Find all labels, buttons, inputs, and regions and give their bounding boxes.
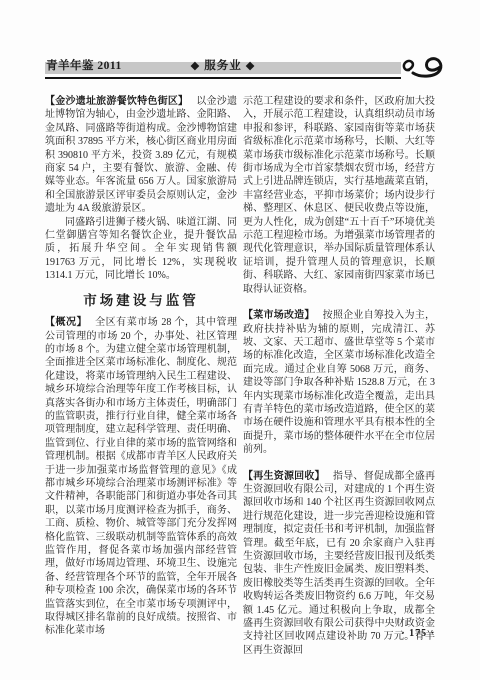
- paragraph-overview: 【概况】全区有菜市场 28 个，其中管理公司管理的市场 20 个，办事处、社区管…: [45, 316, 237, 638]
- entry-head-overview: 【概况】: [45, 317, 87, 328]
- paragraph-market-renovation: 【菜市场改造】按照企业自筹投入为主，政府扶持补贴为辅的原则，完成清江、苏坡、文家…: [243, 309, 435, 456]
- entry-body-renovation: 按照企业自筹投入为主，政府扶持补贴为辅的原则，完成清江、苏坡、文家、天工超市、盛…: [243, 310, 435, 455]
- swirl-flourish-icon: [402, 47, 446, 79]
- right-column: 示范工程建设的要求和条件，区政府加大投入，开展示范工程建设，认真组织动员市场申报…: [243, 95, 435, 657]
- entry-head-jinsha: 【金沙遗址旅游餐饮特色街区】: [45, 96, 188, 107]
- entry-head-recycling: 【再生资源回收】: [243, 471, 325, 482]
- left-column: 【金沙遗址旅游餐饮特色街区】以金沙遗址博物馆为轴心，由金沙遗址路、金阳路、金凤路…: [45, 95, 237, 638]
- section-heading: 市场建设与监管: [45, 294, 237, 307]
- yearbook-page: 青羊年鉴 2011 ◆ 服务业 ◆ 【金沙遗址旅游餐饮特色街区】以金沙遗址博物馆…: [0, 0, 480, 680]
- header-rule: [45, 77, 401, 79]
- entry-body-jinsha: 以金沙遗址博物馆为轴心，由金沙遗址路、金阳路、金凤路、同盛路等街道构成。金沙博物…: [45, 96, 237, 214]
- entry-body-overview: 全区有菜市场 28 个，其中管理公司管理的市场 20 个，办事处、社区管理的市场…: [45, 317, 237, 636]
- page-number: · 175 ·: [345, 628, 435, 639]
- paragraph-tongsheng-road: 同盛路引进狮子楼火锅、味道江湖、同仁堂御膳宫等知名餐饮企业，提升餐饮品质，拓展升…: [45, 216, 237, 283]
- header-section-label: ◆ 服务业 ◆: [45, 59, 401, 74]
- entry-head-renovation: 【菜市场改造】: [243, 310, 315, 321]
- paragraph-overview-continued: 示范工程建设的要求和条件，区政府加大投入，开展示范工程建设，认真组织动员市场申报…: [243, 95, 435, 296]
- paragraph-jinsha-food-street: 【金沙遗址旅游餐饮特色街区】以金沙遗址博物馆为轴心，由金沙遗址路、金阳路、金凤路…: [45, 95, 237, 216]
